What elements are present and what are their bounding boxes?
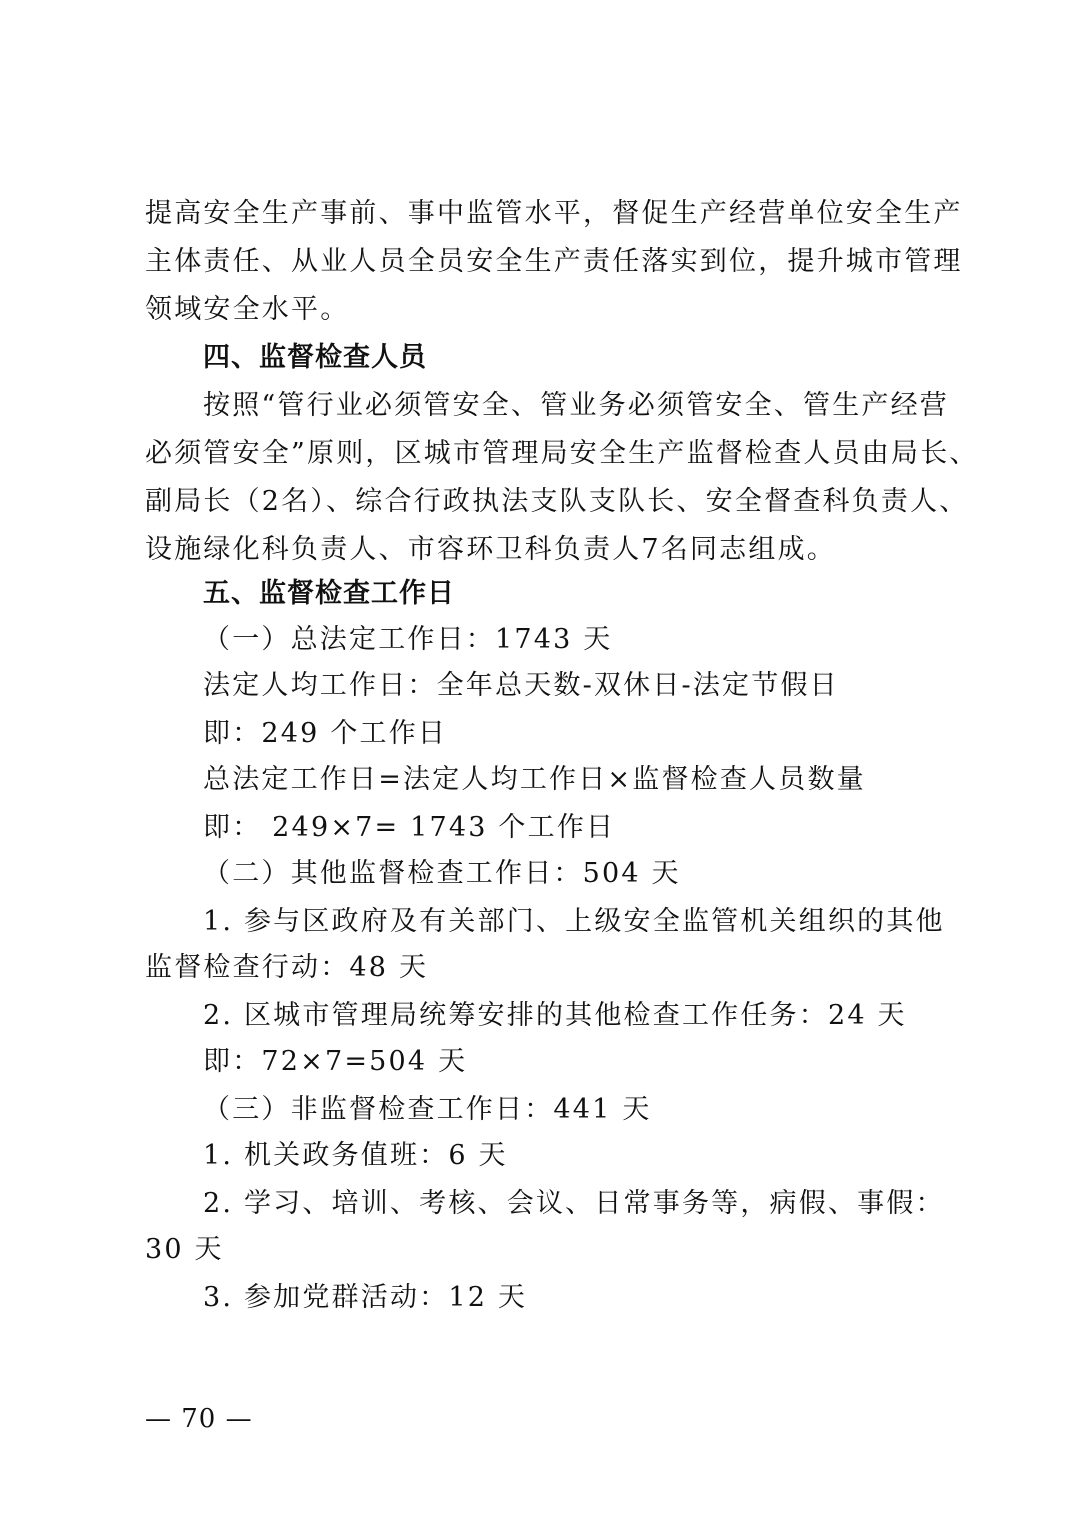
paragraph-line: 即：72×7=504 天 (203, 1044, 467, 1080)
paragraph-line: 副局长（2名）、综合行政执法支队支队长、安全督查科负责人、 (145, 484, 968, 520)
document-page: 提高安全生产事前、事中监管水平，督促生产经营单位安全生产主体责任、从业人员全员安… (0, 0, 1074, 1520)
paragraph-line: 1. 参与区政府及有关部门、上级安全监管机关组织的其他 (203, 904, 945, 940)
page-number: — 70 — (145, 1402, 253, 1436)
paragraph-line: 即： 249×7= 1743 个工作日 (203, 810, 615, 846)
paragraph-line: 30 天 (145, 1232, 224, 1268)
paragraph-line: 领域安全水平。 (145, 292, 349, 328)
paragraph-line: 设施绿化科负责人、市容环卫科负责人7名同志组成。 (145, 532, 836, 568)
paragraph-line: 按照“管行业必须管安全、管业务必须管安全、管生产经营 (203, 388, 949, 424)
paragraph-line: 1. 机关政务值班：6 天 (203, 1138, 508, 1174)
paragraph-line: 2. 区城市管理局统筹安排的其他检查工作任务：24 天 (203, 998, 907, 1034)
paragraph-line: 总法定工作日=法定人均工作日×监督检查人员数量 (203, 762, 866, 798)
paragraph-line: 法定人均工作日：全年总天数-双休日-法定节假日 (203, 668, 839, 704)
paragraph-line: 2. 学习、培训、考核、会议、日常事务等，病假、事假： (203, 1186, 945, 1222)
section-heading: 五、监督检查工作日 (203, 576, 455, 612)
paragraph-line: 主体责任、从业人员全员安全生产责任落实到位，提升城市管理 (145, 244, 963, 280)
paragraph-line: （二）其他监督检查工作日：504 天 (203, 856, 681, 892)
paragraph-line: （一）总法定工作日：1743 天 (203, 622, 613, 658)
paragraph-line: 监督检查行动：48 天 (145, 950, 428, 986)
paragraph-line: （三）非监督检查工作日：441 天 (203, 1092, 652, 1128)
paragraph-line: 3. 参加党群活动：12 天 (203, 1280, 527, 1316)
paragraph-line: 必须管安全”原则，区城市管理局安全生产监督检查人员由局长、 (145, 436, 979, 472)
section-heading: 四、监督检查人员 (203, 340, 427, 376)
paragraph-line: 即：249 个工作日 (203, 716, 447, 752)
paragraph-line: 提高安全生产事前、事中监管水平，督促生产经营单位安全生产 (145, 196, 963, 232)
